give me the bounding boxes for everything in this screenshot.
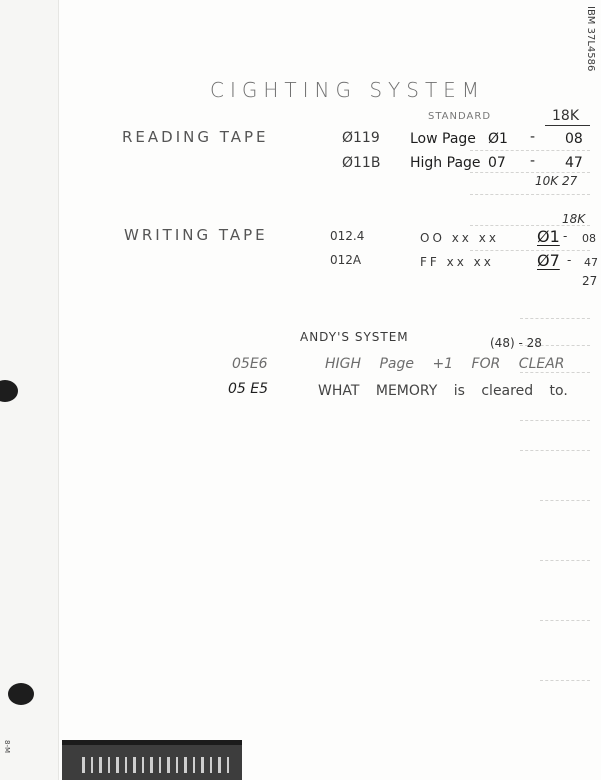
ruled-line bbox=[540, 500, 590, 501]
ruled-line bbox=[520, 372, 590, 373]
andys-row-text: WHAT MEMORY is cleared to. bbox=[318, 383, 568, 399]
reading-row-code: Ø11B bbox=[342, 155, 380, 171]
reading-size-top: 18K bbox=[552, 108, 579, 124]
reading-row-dash: - bbox=[530, 129, 535, 145]
writing-row-to: 08 bbox=[582, 232, 596, 245]
writing-tape-label: WRITING TAPE bbox=[124, 226, 268, 244]
andys-row-text: HIGH Page +1 FOR CLEAR bbox=[325, 356, 565, 372]
barcode-strip bbox=[62, 740, 242, 780]
reading-size-note: 10K 27 bbox=[535, 174, 577, 188]
ruled-line bbox=[520, 420, 590, 421]
writing-row-to: 47 bbox=[584, 256, 598, 269]
scanned-page: IBM 37L4586 CIGHTING SYSTEM STANDARD 18K… bbox=[0, 0, 601, 780]
writing-row-desc: OO xx xx bbox=[420, 231, 499, 245]
writing-row-code: 012.4 bbox=[330, 229, 364, 243]
page-title: CIGHTING SYSTEM bbox=[210, 78, 485, 102]
ruled-line bbox=[520, 318, 590, 319]
andys-system-label: ANDY'S SYSTEM bbox=[300, 330, 409, 344]
barcode bbox=[82, 757, 232, 773]
document-id: IBM 37L4586 bbox=[585, 6, 596, 71]
andys-row-code: 05E6 bbox=[232, 356, 268, 372]
ruled-line bbox=[540, 560, 590, 561]
underline bbox=[545, 125, 590, 126]
ruled-line bbox=[470, 250, 590, 251]
writing-extra: 27 bbox=[582, 274, 597, 288]
ruled-line bbox=[470, 194, 590, 195]
standard-label: STANDARD bbox=[428, 111, 491, 122]
ruled-line bbox=[540, 620, 590, 621]
andys-row-code: 05 E5 bbox=[228, 381, 268, 397]
reading-row-desc: Low Page bbox=[410, 131, 476, 147]
reading-row-to: 08 bbox=[565, 131, 583, 147]
writing-row-dash: - bbox=[567, 253, 571, 267]
ruled-line bbox=[540, 680, 590, 681]
reading-tape-label: READING TAPE bbox=[122, 128, 269, 146]
margin-id: 8-M bbox=[3, 740, 11, 753]
ruled-line bbox=[470, 172, 590, 173]
ruled-line bbox=[520, 450, 590, 451]
writing-row-from: Ø7 bbox=[537, 251, 560, 270]
reading-row-code: Ø119 bbox=[342, 130, 380, 146]
ruled-line bbox=[470, 150, 590, 151]
andys-system-note: (48) - 28 bbox=[490, 336, 542, 350]
writing-row-from: Ø1 bbox=[537, 227, 560, 246]
writing-row-dash: - bbox=[563, 229, 567, 243]
reading-row-from: 07 bbox=[488, 155, 506, 171]
writing-row-desc: FF xx xx bbox=[420, 255, 494, 269]
writing-row-code: 012A bbox=[330, 253, 361, 267]
writing-size-top: 18K bbox=[562, 212, 585, 226]
reading-row-dash: - bbox=[530, 153, 535, 169]
reading-row-desc: High Page bbox=[410, 155, 481, 171]
reading-row-to: 47 bbox=[565, 155, 583, 171]
punch-hole bbox=[8, 683, 34, 705]
reading-row-from: Ø1 bbox=[488, 131, 508, 147]
